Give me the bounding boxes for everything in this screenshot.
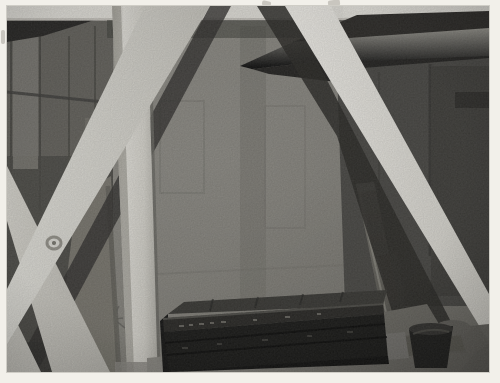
photo-image — [7, 6, 489, 372]
screenshot-root — [0, 0, 500, 383]
photograph-print — [0, 0, 500, 383]
photo-scene — [7, 6, 489, 372]
border-blemish — [1, 30, 5, 44]
film-grain — [7, 6, 489, 372]
